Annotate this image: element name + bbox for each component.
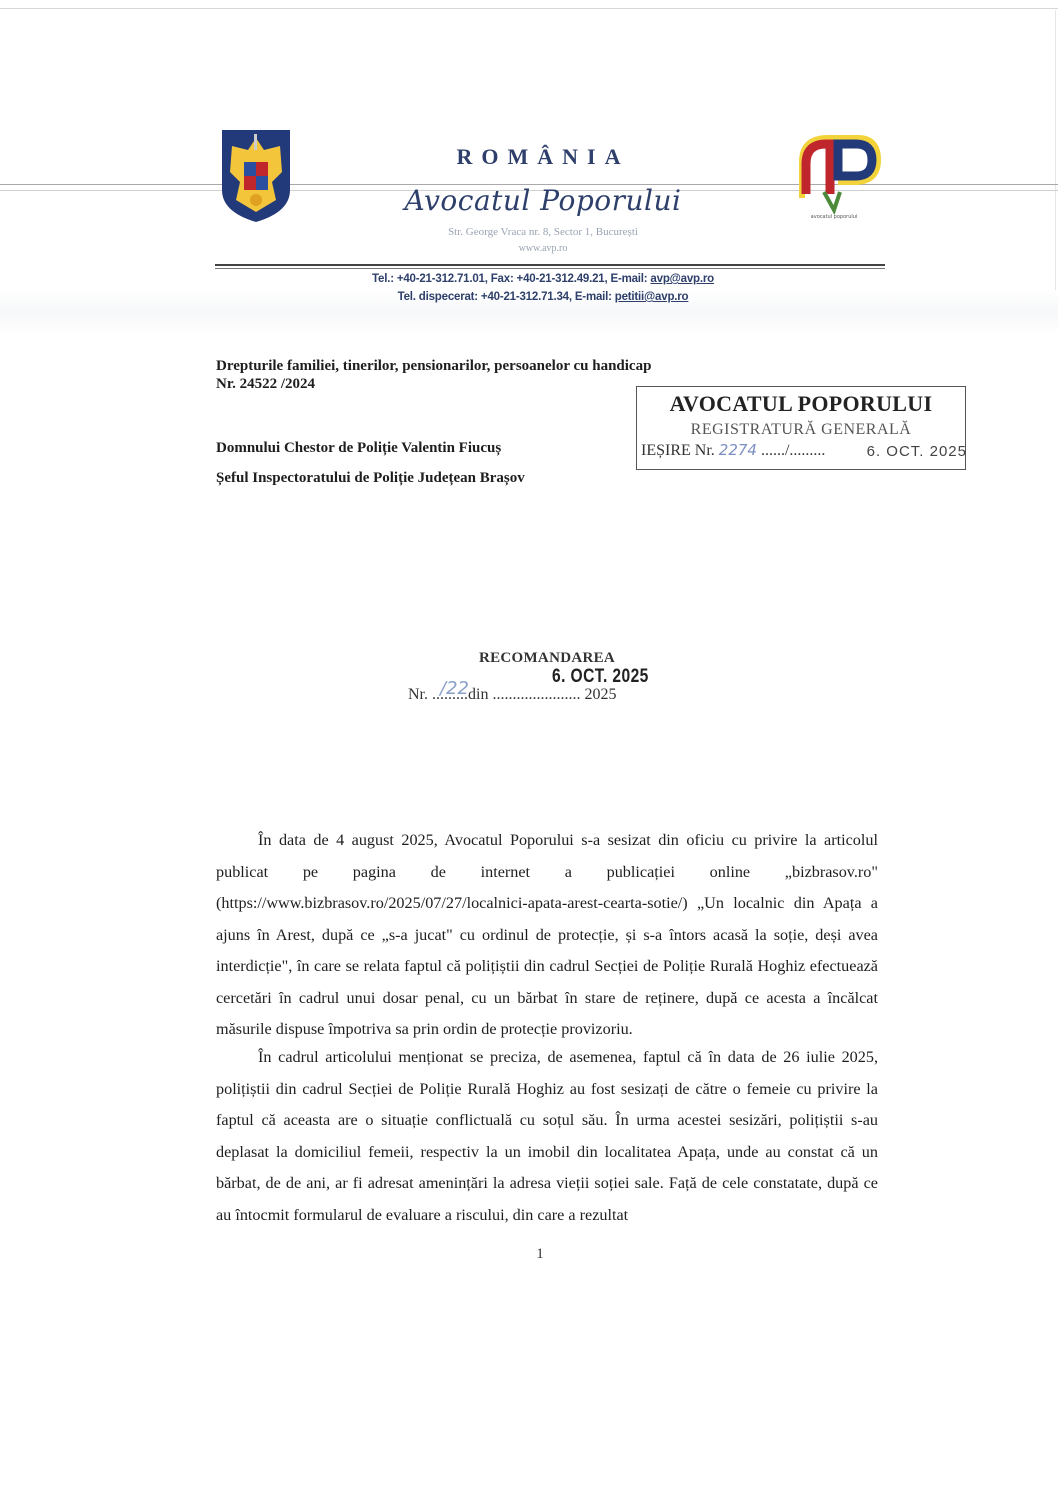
addressee-title: Șeful Inspectoratului de Poliție Județea… (216, 470, 525, 487)
stamp-dots: ......... (789, 442, 825, 459)
petitions-email-link[interactable]: petitii@avp.ro (615, 291, 689, 303)
registry-stamp: AVOCATUL POPORULUI REGISTRATURĂ GENERALĂ… (636, 386, 966, 470)
recommendation-nr-label: Nr. (408, 686, 432, 703)
document-page: avocatul poporului ROMÂNIA Avocatul Popo… (0, 0, 1058, 1496)
scan-top-edge (0, 8, 1058, 9)
stamp-exit-label: IEȘIRE Nr. (641, 442, 715, 459)
stamp-date: 6. OCT. 2025 (867, 443, 967, 460)
recommendation-din-dots: ...................... (492, 686, 580, 703)
recommendation-din-label: din (468, 686, 488, 703)
recommendation-title: RECOMANDAREA (0, 650, 1058, 667)
letterhead-country: ROMÂNIA (0, 144, 1058, 170)
stamp-exit-line: IEȘIRE Nr. 2274 ....../......... 6. OCT.… (641, 441, 961, 460)
stamp-subtitle: REGISTRATURĂ GENERALĂ (637, 421, 965, 439)
recommendation-nr-handwritten: /22 (440, 678, 469, 699)
recommendation-date-stamp: 6. OCT. 2025 (552, 666, 649, 688)
stamp-title: AVOCATUL POPORULUI (637, 391, 965, 417)
paragraph-text: În data de 4 august 2025, Avocatul Popor… (216, 825, 878, 1046)
recommendation-year: 2025 (580, 686, 616, 703)
contact-line-1-text: Tel.: +40-21-312.71.01, Fax: +40-21-312.… (372, 273, 650, 285)
body-paragraph-1: În data de 4 august 2025, Avocatul Popor… (216, 825, 878, 1046)
registration-number: Nr. 24522 /2024 (216, 376, 315, 393)
department-name: Drepturile familiei, tinerilor, pensiona… (216, 358, 651, 375)
letterhead-website[interactable]: www.avp.ro (0, 243, 1058, 254)
contact-line-2: Tel. dispecerat: +40-21-312.71.34, E-mai… (0, 291, 1058, 303)
stamp-exit-number: 2274 (719, 441, 757, 459)
page-number: 1 (0, 1246, 1058, 1263)
body-paragraph-2: În cadrul articolului menționat se preci… (216, 1042, 878, 1231)
contact-line-2-text: Tel. dispecerat: +40-21-312.71.34, E-mai… (398, 291, 615, 303)
contact-line-1: Tel.: +40-21-312.71.01, Fax: +40-21-312.… (0, 273, 1058, 285)
stamp-separator: ...... (761, 442, 785, 459)
letterhead-institution: Avocatul Poporului (0, 184, 1058, 217)
paragraph-text: În cadrul articolului menționat se preci… (216, 1042, 878, 1231)
letterhead-divider (215, 264, 885, 266)
recommendation-number-line: Nr. ........./22din ....................… (408, 686, 616, 704)
addressee-name: Domnului Chestor de Poliție Valentin Fiu… (216, 440, 501, 457)
letterhead-divider-thin (215, 268, 885, 269)
letterhead-address: Str. George Vraca nr. 8, Sector 1, Bucur… (0, 226, 1058, 238)
contact-email-link[interactable]: avp@avp.ro (650, 273, 714, 285)
